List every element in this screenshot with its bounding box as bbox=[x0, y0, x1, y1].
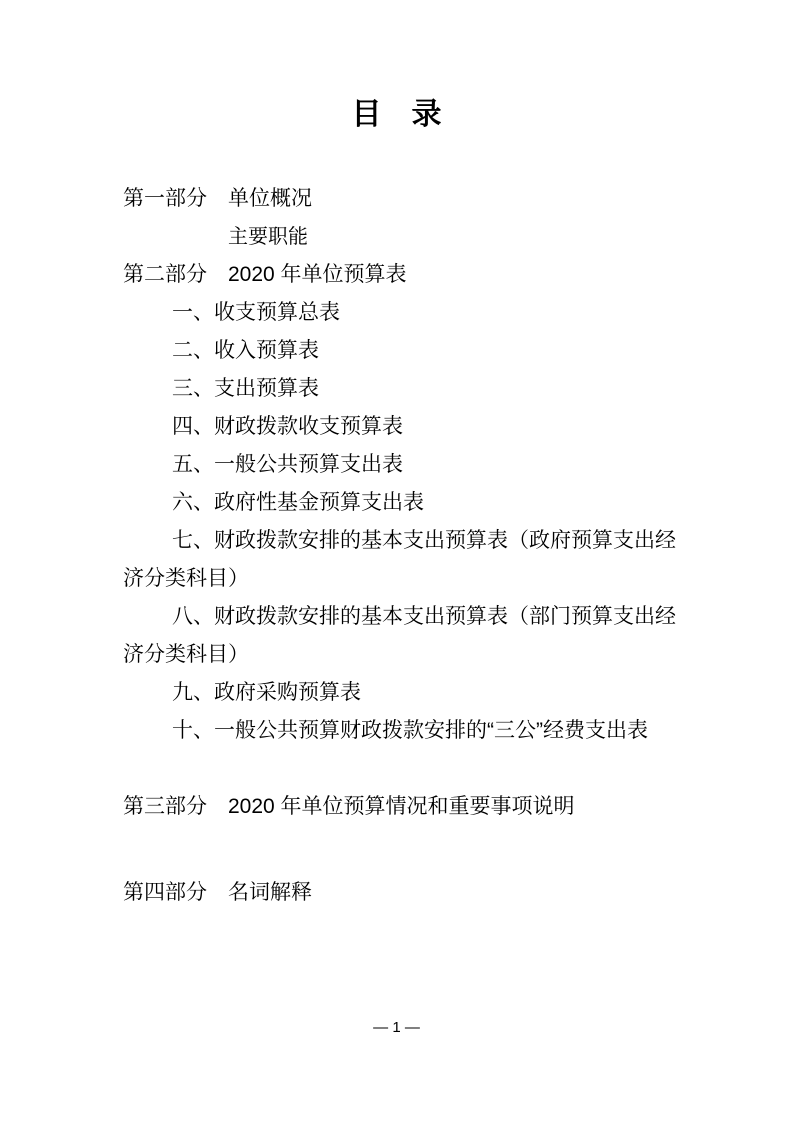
toc-item-6: 六、政府性基金预算支出表 bbox=[123, 484, 679, 522]
document-page: 目 录 第一部分 单位概况 主要职能 第二部分 2020 年单位预算表 一、收支… bbox=[0, 0, 793, 1122]
toc-part1-sub-main-functions: 主要职能 bbox=[123, 218, 679, 256]
toc-part4-title: 第四部分 名词解释 bbox=[123, 874, 679, 912]
toc-item-7-continuation: 济分类科目） bbox=[123, 560, 679, 598]
toc-item-8-continuation: 济分类科目） bbox=[123, 636, 679, 674]
page-title: 目 录 bbox=[0, 99, 793, 131]
toc-item-8: 八、财政拨款安排的基本支出预算表（部门预算支出经 bbox=[123, 598, 679, 636]
toc-item-1: 一、收支预算总表 bbox=[123, 294, 679, 332]
toc-part1-title: 第一部分 单位概况 bbox=[123, 180, 679, 218]
toc-item-3: 三、支出预算表 bbox=[123, 370, 679, 408]
page-number: — 1 — bbox=[0, 1018, 793, 1038]
toc-item-4: 四、财政拨款收支预算表 bbox=[123, 408, 679, 446]
table-of-contents: 第一部分 单位概况 主要职能 第二部分 2020 年单位预算表 一、收支预算总表… bbox=[123, 180, 679, 912]
toc-item-5: 五、一般公共预算支出表 bbox=[123, 446, 679, 484]
toc-item-10: 十、一般公共预算财政拨款安排的“三公”经费支出表 bbox=[123, 712, 679, 750]
toc-part2-title: 第二部分 2020 年单位预算表 bbox=[123, 256, 679, 294]
toc-item-9: 九、政府采购预算表 bbox=[123, 674, 679, 712]
toc-part3-title: 第三部分 2020 年单位预算情况和重要事项说明 bbox=[123, 788, 679, 826]
toc-item-7: 七、财政拨款安排的基本支出预算表（政府预算支出经 bbox=[123, 522, 679, 560]
toc-item-2: 二、收入预算表 bbox=[123, 332, 679, 370]
